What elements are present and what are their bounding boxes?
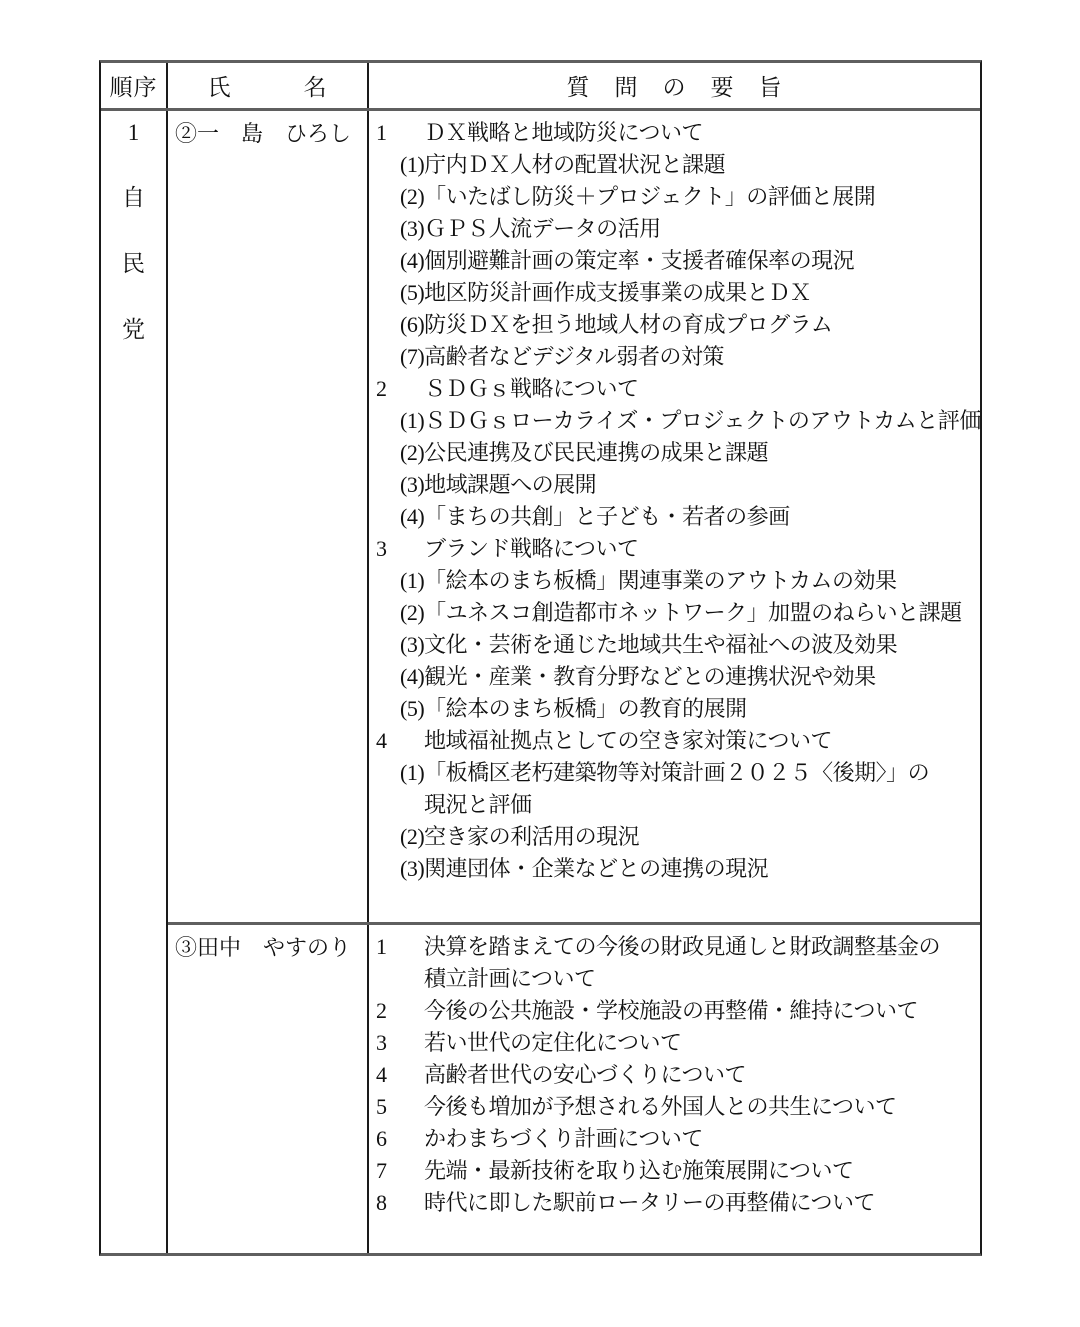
question-text: 地域福祉拠点としての空き家対策について bbox=[424, 725, 832, 757]
header-name: 氏 名 bbox=[168, 63, 369, 108]
question-number: 4 bbox=[376, 725, 424, 757]
question-line: 現況と評価 bbox=[369, 789, 980, 821]
question-line: (2)公民連携及び民民連携の成果と課題 bbox=[369, 437, 980, 469]
header-question-summary: 質 問 の 要 旨 bbox=[369, 63, 980, 108]
question-text: ＳＤＧｓ戦略について bbox=[424, 373, 639, 405]
question-text: ＤＸ戦略と地域防災について bbox=[424, 117, 703, 149]
question-text: 高齢者世代の安心づくりについて bbox=[424, 1059, 746, 1091]
question-line: (1)庁内ＤＸ人材の配置状況と課題 bbox=[369, 149, 980, 181]
question-line: (1)「絵本のまち板橋」関連事業のアウトカムの効果 bbox=[369, 565, 980, 597]
question-summary-table: 順序 氏 名 質 問 の 要 旨 1自民党 ②一 島 ひろし 1ＤＸ戦略と地域防… bbox=[99, 60, 982, 1256]
document-page: 順序 氏 名 質 問 の 要 旨 1自民党 ②一 島 ひろし 1ＤＸ戦略と地域防… bbox=[0, 0, 1080, 1327]
question-number: 1 bbox=[376, 117, 424, 149]
question-list: 1ＤＸ戦略と地域防災について(1)庁内ＤＸ人材の配置状況と課題(2)「いたばし防… bbox=[369, 111, 980, 922]
question-line: 4地域福祉拠点としての空き家対策について bbox=[369, 725, 980, 757]
question-line: 7先端・最新技術を取り込む施策展開について bbox=[369, 1155, 980, 1187]
question-line: 4高齢者世代の安心づくりについて bbox=[369, 1059, 980, 1091]
order-party-cell: 1自民党 bbox=[101, 111, 168, 1253]
question-number: 4 bbox=[376, 1059, 424, 1091]
question-line: (2)「いたばし防災＋プロジェクト」の評価と展開 bbox=[369, 181, 980, 213]
question-number: 6 bbox=[376, 1123, 424, 1155]
question-line: (5)地区防災計画作成支援事業の成果とＤＸ bbox=[369, 277, 980, 309]
question-text: かわまちづくり計画について bbox=[424, 1123, 703, 1155]
header-order: 順序 bbox=[101, 63, 168, 108]
question-line: (7)高齢者などデジタル弱者の対策 bbox=[369, 341, 980, 373]
question-text: 若い世代の定住化について bbox=[424, 1027, 682, 1059]
question-line: (6)防災ＤＸを担う地域人材の育成プログラム bbox=[369, 309, 980, 341]
question-line: (4)観光・産業・教育分野などとの連携状況や効果 bbox=[369, 661, 980, 693]
question-line: (5)「絵本のまち板橋」の教育的展開 bbox=[369, 693, 980, 725]
member-name: ③田中 やすのり bbox=[168, 925, 369, 1253]
table-header-row: 順序 氏 名 質 問 の 要 旨 bbox=[101, 63, 980, 111]
order-party-char: 党 bbox=[122, 311, 145, 344]
question-line: (3)関連団体・企業などとの連携の現況 bbox=[369, 853, 980, 885]
question-list: 1決算を踏まえての今後の財政見通しと財政調整基金の積立計画について2今後の公共施… bbox=[369, 925, 980, 1253]
question-line: (2)「ユネスコ創造都市ネットワーク」加盟のねらいと課題 bbox=[369, 597, 980, 629]
table-row: ②一 島 ひろし 1ＤＸ戦略と地域防災について(1)庁内ＤＸ人材の配置状況と課題… bbox=[168, 111, 980, 925]
question-text: 先端・最新技術を取り込む施策展開について bbox=[424, 1155, 854, 1187]
question-line: 5今後も増加が予想される外国人との共生について bbox=[369, 1091, 980, 1123]
question-line: 6かわまちづくり計画について bbox=[369, 1123, 980, 1155]
question-line: 2ＳＤＧｓ戦略について bbox=[369, 373, 980, 405]
question-line: (4)個別避難計画の策定率・支援者確保率の現況 bbox=[369, 245, 980, 277]
question-line: 積立計画について bbox=[369, 963, 980, 995]
member-rows: ②一 島 ひろし 1ＤＸ戦略と地域防災について(1)庁内ＤＸ人材の配置状況と課題… bbox=[168, 111, 980, 1253]
table-body: 1自民党 ②一 島 ひろし 1ＤＸ戦略と地域防災について(1)庁内ＤＸ人材の配置… bbox=[101, 111, 980, 1253]
question-line: 2今後の公共施設・学校施設の再整備・維持について bbox=[369, 995, 980, 1027]
question-line: 3ブランド戦略について bbox=[369, 533, 980, 565]
question-number: 3 bbox=[376, 1027, 424, 1059]
question-line: (3)地域課題への展開 bbox=[369, 469, 980, 501]
member-name: ②一 島 ひろし bbox=[168, 111, 369, 922]
question-text: 決算を踏まえての今後の財政見通しと財政調整基金の bbox=[424, 931, 940, 963]
question-text: 今後も増加が予想される外国人との共生について bbox=[424, 1091, 897, 1123]
question-number: 8 bbox=[376, 1187, 424, 1219]
question-number: 1 bbox=[376, 931, 424, 963]
question-text: 今後の公共施設・学校施設の再整備・維持について bbox=[424, 995, 918, 1027]
order-party-char: 1 bbox=[128, 120, 140, 146]
table-row: ③田中 やすのり 1決算を踏まえての今後の財政見通しと財政調整基金の積立計画につ… bbox=[168, 925, 980, 1253]
question-number: 3 bbox=[376, 533, 424, 565]
question-line: (3)文化・芸術を通じた地域共生や福祉への波及効果 bbox=[369, 629, 980, 661]
question-line: (3)ＧＰＳ人流データの活用 bbox=[369, 213, 980, 245]
question-number: 5 bbox=[376, 1091, 424, 1123]
order-party-char: 自 bbox=[122, 179, 145, 212]
question-line: (4)「まちの共創」と子ども・若者の参画 bbox=[369, 501, 980, 533]
question-text: ブランド戦略について bbox=[424, 533, 639, 565]
question-line: (1)「板橋区老朽建築物等対策計画２０２５〈後期〉」の bbox=[369, 757, 980, 789]
question-text: 時代に即した駅前ロータリーの再整備について bbox=[424, 1187, 875, 1219]
question-number: 2 bbox=[376, 995, 424, 1027]
question-line: 1ＤＸ戦略と地域防災について bbox=[369, 117, 980, 149]
question-line: (2)空き家の利活用の現況 bbox=[369, 821, 980, 853]
question-number: 2 bbox=[376, 373, 424, 405]
question-line: 1決算を踏まえての今後の財政見通しと財政調整基金の bbox=[369, 931, 980, 963]
question-line: 8時代に即した駅前ロータリーの再整備について bbox=[369, 1187, 980, 1219]
question-line: 3若い世代の定住化について bbox=[369, 1027, 980, 1059]
order-party-char: 民 bbox=[122, 245, 145, 278]
question-number: 7 bbox=[376, 1155, 424, 1187]
question-line: (1)ＳＤＧｓローカライズ・プロジェクトのアウトカムと評価 bbox=[369, 405, 980, 437]
